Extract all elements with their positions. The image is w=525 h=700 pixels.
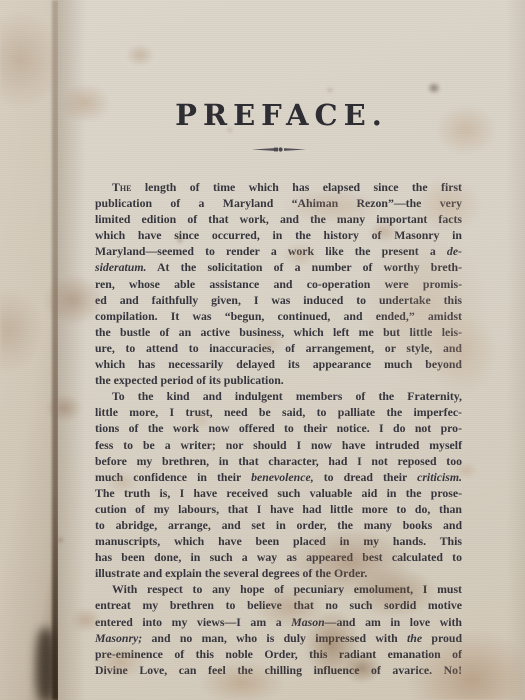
text-line: entreat my brethren to believe that no s… (95, 597, 462, 613)
text-line: sideratum. At the solicitation of a numb… (95, 259, 462, 275)
text-line: which have since occurred, in the histor… (95, 227, 462, 243)
text-line: ure, to attend to inaccuracies, of arran… (95, 340, 462, 356)
book-page: PREFACE. The length of time which has el… (58, 0, 525, 700)
text-line: before my brethren, in that character, h… (95, 453, 462, 469)
text-line: With respect to any hope of pecuniary em… (95, 581, 462, 597)
text-line: tions of the work now offered to their n… (95, 420, 462, 436)
preface-text: The length of time which has elapsed sin… (95, 179, 462, 678)
text-line: illustrate and explain the several degre… (95, 565, 462, 581)
text-line: the bustle of an active business, which … (95, 324, 462, 340)
page-content: PREFACE. The length of time which has el… (95, 0, 462, 678)
text-line: which has necessarily delayed its appear… (95, 356, 462, 372)
text-line: pre-eminence of this noble Order, this r… (95, 646, 462, 662)
book-page-photo: PREFACE. The length of time which has el… (0, 0, 525, 700)
text-line: The truth is, I have received such valua… (95, 485, 462, 501)
text-line: the expected period of its publication. (95, 372, 462, 388)
text-line: Masonry; and no man, who is duly impress… (95, 630, 462, 646)
text-line: entered into my views—I am a Mason—and a… (95, 614, 462, 630)
text-line: limited edition of that work, and the ma… (95, 211, 462, 227)
text-line: The length of time which has elapsed sin… (95, 179, 462, 195)
text-line: ren, whose able assistance and co-operat… (95, 276, 462, 292)
text-line: manuscripts, which have been placed in m… (95, 533, 462, 549)
text-line: cution of my labours, that I have had li… (95, 501, 462, 517)
text-line: little more, I trust, need be said, to p… (95, 404, 462, 420)
book-gutter-shadow-bottom (36, 628, 56, 700)
text-line: much confidence in their benevolence, to… (95, 469, 462, 485)
page-title: PREFACE. (95, 0, 462, 130)
divider-ornament (252, 145, 306, 154)
text-line: publication of a Maryland “Ahiman Rezon”… (95, 195, 462, 211)
text-line: Maryland—seemed to render a work like th… (95, 243, 462, 259)
text-line: compilation. It was “begun, continued, a… (95, 308, 462, 324)
text-line: ed and faithfully given, I was induced t… (95, 292, 462, 308)
previous-page-edge (0, 0, 58, 700)
text-line: fess to be a writer; nor should I now ha… (95, 437, 462, 453)
text-line: to abridge, arrange, and set in order, t… (95, 517, 462, 533)
text-line: Divine Love, can feel the chilling influ… (95, 662, 462, 678)
text-line: To the kind and indulgent members of the… (95, 388, 462, 404)
text-line: has been done, in such a way as appeared… (95, 549, 462, 565)
